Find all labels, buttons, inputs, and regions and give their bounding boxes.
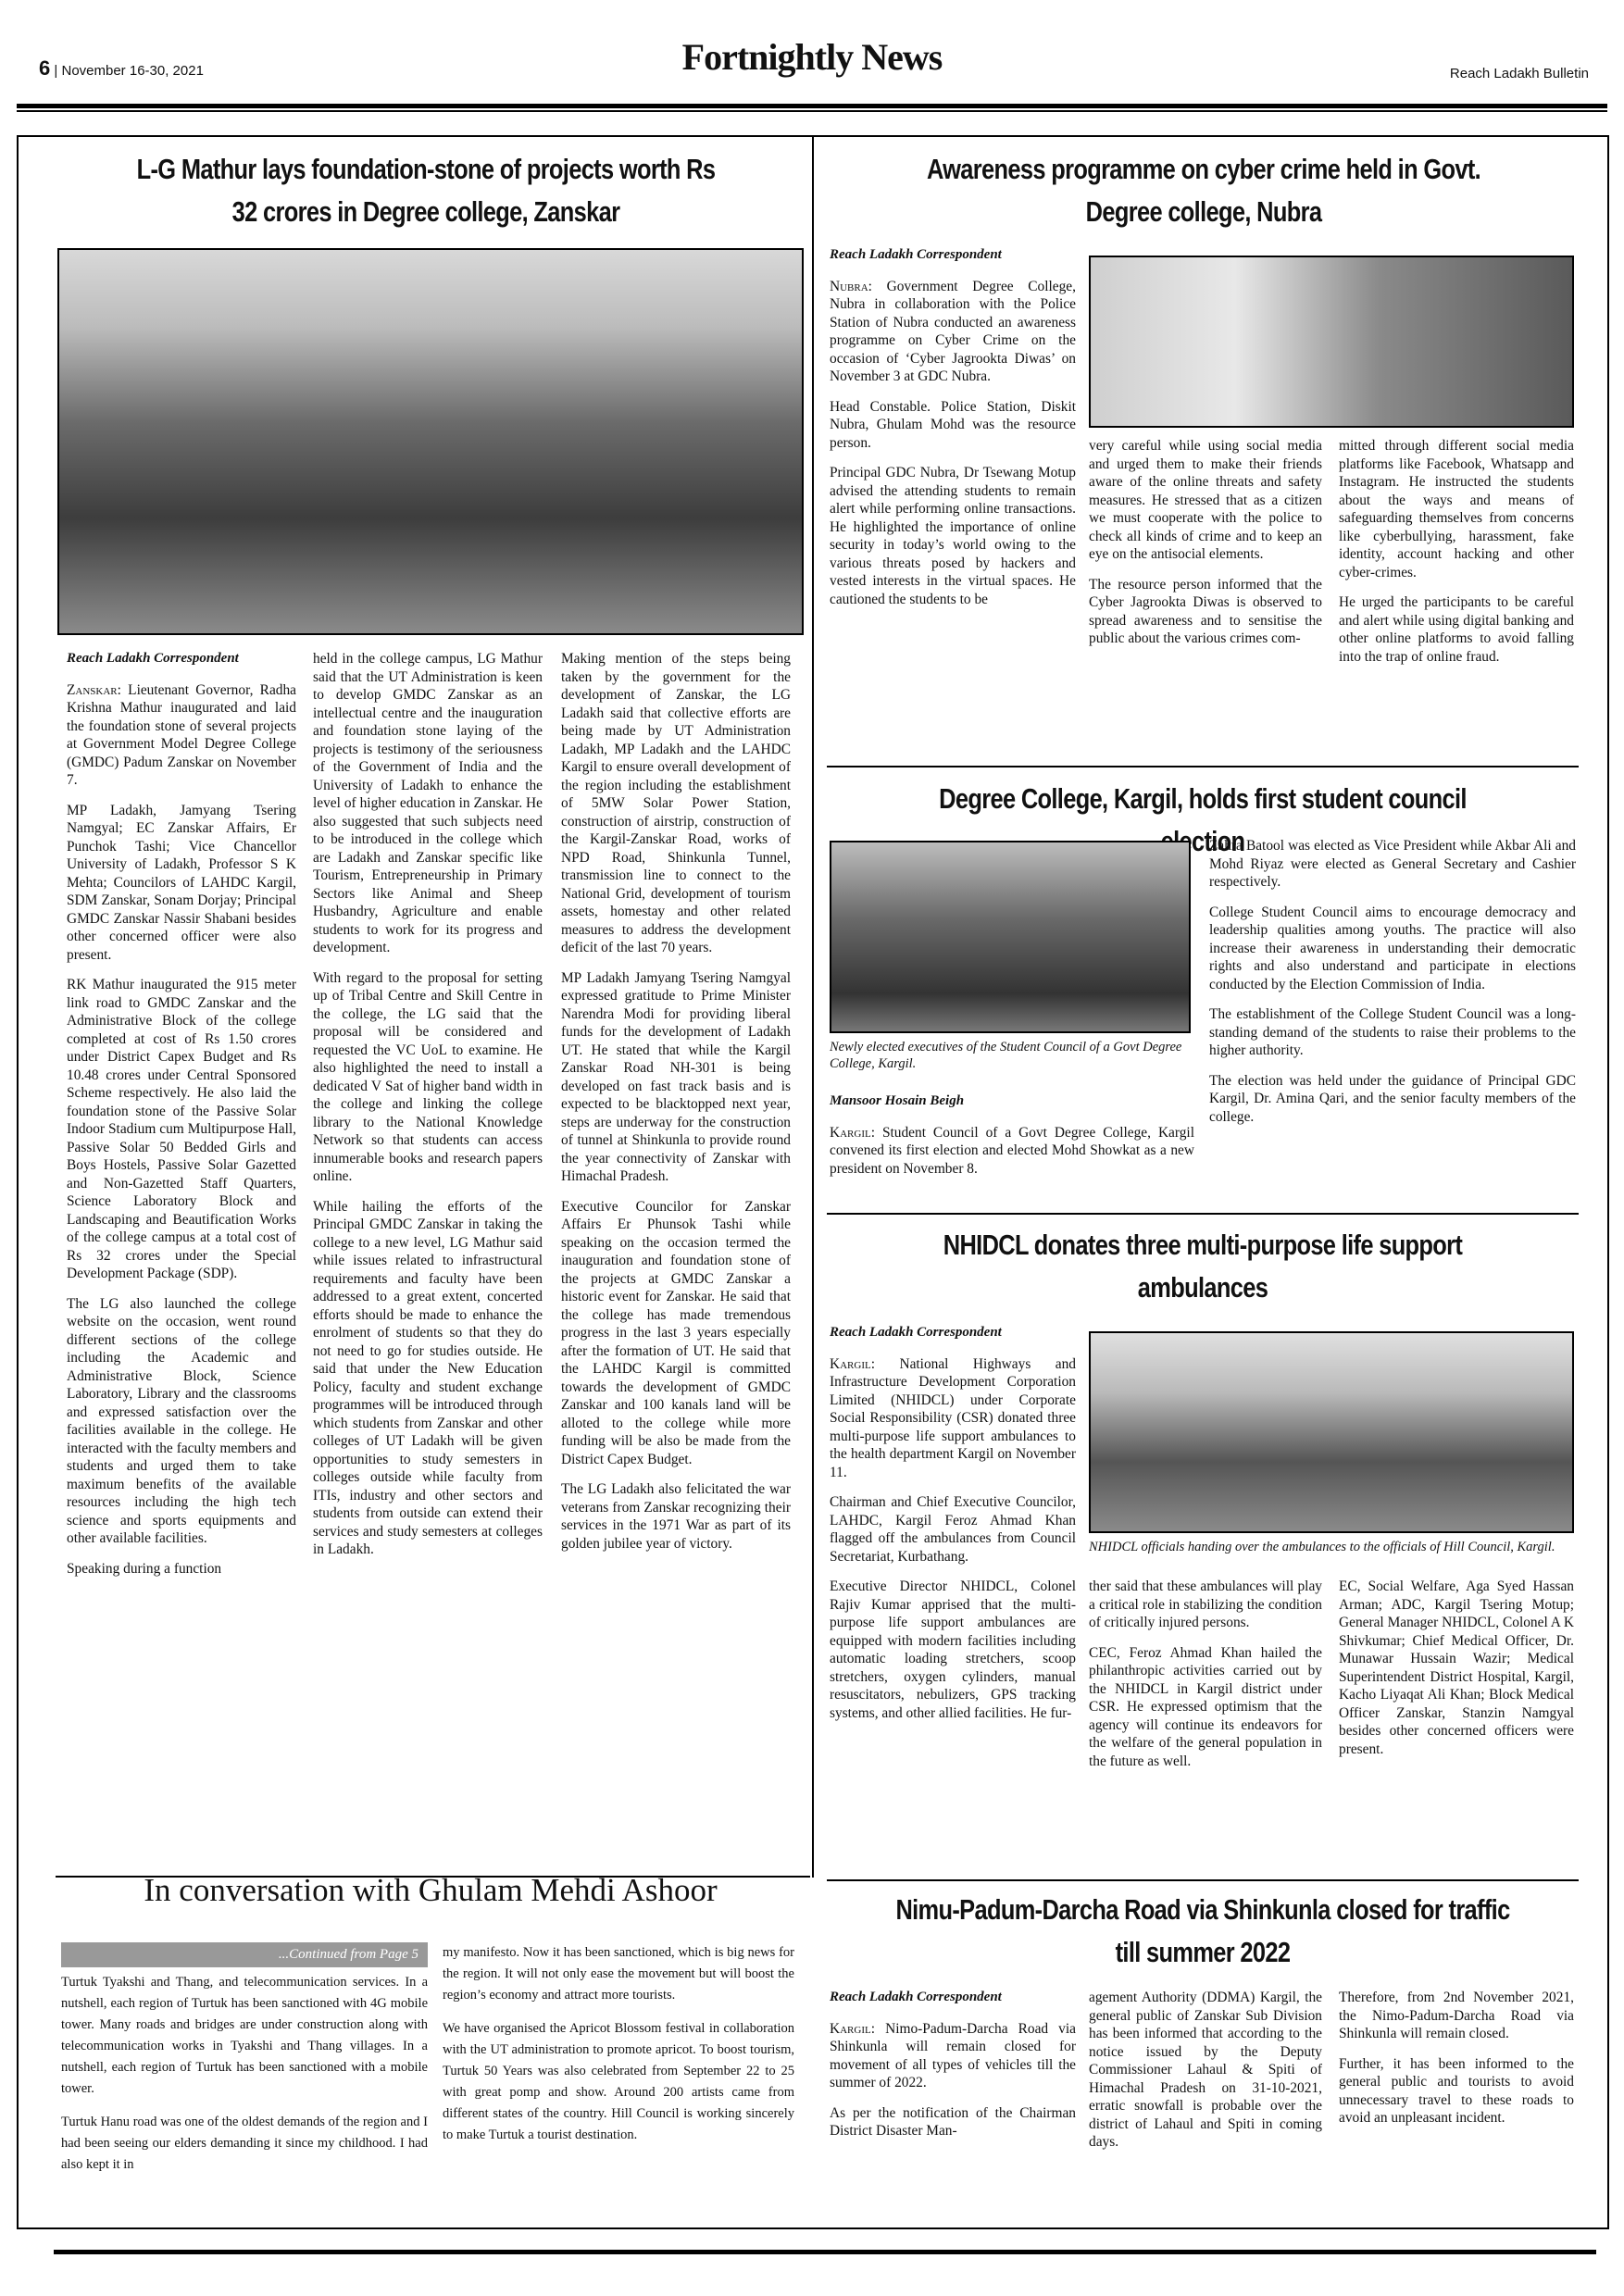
council-col-2: Zahra Batool was elected as Vice Preside… (1209, 837, 1576, 1138)
paragraph: held in the college campus, LG Mathur sa… (313, 650, 543, 957)
paragraph: Chairman and Chief Executive Councilor, … (830, 1493, 1076, 1566)
byline: Reach Ladakh Correspondent (830, 1989, 1076, 2007)
nhidcl-col-3: EC, Social Welfare, Aga Syed Hassan Arma… (1339, 1578, 1574, 1770)
dateline: Zanskar: (67, 682, 121, 698)
paragraph: Student Council of a Govt Degree College… (830, 1125, 1194, 1177)
header-rule-thin (17, 110, 1607, 112)
headline-zanskar: L-G Mathur lays foundation-stone of proj… (122, 148, 730, 233)
byline: Reach Ladakh Correspondent (830, 1324, 1076, 1342)
byline: Reach Ladakh Correspondent (67, 650, 296, 668)
paragraph: The resource person informed that the Cy… (1089, 576, 1322, 648)
paragraph: agement Authority (DDMA) Kargil, the gen… (1089, 1989, 1322, 2152)
photo-classroom (1089, 256, 1574, 428)
paragraph: RK Mathur inaugurated the 915 meter link… (67, 976, 296, 1283)
cyber-col-2: very careful while using social media an… (1089, 437, 1322, 660)
dateline: Kargil: (830, 1125, 875, 1141)
photo-ambulance-handover (1089, 1331, 1574, 1533)
paragraph: The establishment of the College Student… (1209, 1005, 1576, 1060)
column-divider (812, 137, 814, 1878)
paragraph: ther said that these ambulances will pla… (1089, 1578, 1322, 1632)
paragraph: very careful while using social media an… (1089, 437, 1322, 564)
headline-conversation: In conversation with Ghulam Mehdi Ashoor (56, 1881, 806, 1900)
paragraph: EC, Social Welfare, Aga Syed Hassan Arma… (1339, 1578, 1574, 1758)
paragraph: Executive Councilor for Zanskar Affairs … (561, 1198, 791, 1469)
section-rule (827, 1213, 1579, 1215)
paragraph: National Highways and Infrastructure Dev… (830, 1356, 1076, 1480)
byline: Reach Ladakh Correspondent (830, 246, 1076, 265)
paragraph: Turtuk Hanu road was one of the oldest d… (61, 2112, 428, 2176)
nhidcl-col-2: ther said that these ambulances will pla… (1089, 1578, 1322, 1782)
paragraph: Speaking during a function (67, 1560, 296, 1578)
paragraph: Turtuk Tyakshi and Thang, and telecommun… (61, 1972, 428, 2100)
page-header: 6 | November 16-30, 2021 Fortnightly New… (0, 0, 1624, 111)
paragraph: Head Constable. Police Station, Diskit N… (830, 398, 1076, 453)
header-rule (17, 104, 1607, 108)
cyber-col-3: mitted through different social media pl… (1339, 437, 1574, 678)
zanskar-col-3: Making mention of the steps being taken … (561, 650, 791, 1565)
paragraph: MP Ladakh Jamyang Tsering Namgyal expres… (561, 969, 791, 1186)
paragraph: We have organised the Apricot Blossom fe… (443, 2018, 794, 2146)
paragraph: He urged the participants to be careful … (1339, 593, 1574, 666)
section-rule (827, 1879, 1579, 1881)
nhidcl-col-1: Reach Ladakh Correspondent Kargil: Natio… (830, 1324, 1076, 1734)
paragraph: With regard to the proposal for setting … (313, 969, 543, 1186)
zanskar-col-1: Reach Ladakh Correspondent Zanskar: Lieu… (67, 650, 296, 1590)
continued-banner: ...Continued from Page 5 (61, 1942, 428, 1967)
paragraph: CEC, Feroz Ahmad Khan hailed the philant… (1089, 1644, 1322, 1771)
paragraph: mitted through different social media pl… (1339, 437, 1574, 581)
paragraph: Further, it has been informed to the gen… (1339, 2055, 1574, 2128)
paragraph: MP Ladakh, Jamyang Tsering Namgyal; EC Z… (67, 802, 296, 965)
paragraph: Executive Director NHIDCL, Colonel Rajiv… (830, 1578, 1076, 1722)
paragraph: my manifesto. Now it has been sanctioned… (443, 1942, 794, 2006)
dateline: Kargil: (830, 2021, 875, 2037)
footer-rule (54, 2250, 1596, 2254)
conversation-col-2: my manifesto. Now it has been sanctioned… (443, 1942, 794, 2158)
dateline: Nubra: (830, 279, 872, 294)
council-col-1: Mansoor Hosain Beigh Kargil: Student Cou… (830, 1092, 1194, 1190)
paragraph: Therefore, from 2nd November 2021, the N… (1339, 1989, 1574, 2043)
paragraph: Making mention of the steps being taken … (561, 650, 791, 957)
section-rule (827, 766, 1579, 767)
paragraph: Principal GDC Nubra, Dr Tsewang Motup ad… (830, 464, 1076, 608)
paragraph: Zahra Batool was elected as Vice Preside… (1209, 837, 1576, 892)
conversation-col-1: ...Continued from Page 5 Turtuk Tyakshi … (61, 1942, 428, 2188)
road-col-3: Therefore, from 2nd November 2021, the N… (1339, 1989, 1574, 2140)
publication-name: Reach Ladakh Bulletin (1450, 65, 1589, 83)
paragraph: As per the notification of the Chairman … (830, 2104, 1076, 2140)
photo-student-council (830, 841, 1191, 1033)
headline-nhidcl: NHIDCL donates three multi-purpose life … (894, 1224, 1511, 1309)
road-col-2: agement Authority (DDMA) Kargil, the gen… (1089, 1989, 1322, 2164)
paragraph: The LG also launched the college website… (67, 1295, 296, 1548)
photo-caption: Newly elected executives of the Student … (830, 1039, 1194, 1072)
photo-ribbon-cutting (57, 248, 804, 635)
paragraph: College Student Council aims to encourag… (1209, 904, 1576, 994)
byline: Mansoor Hosain Beigh (830, 1092, 1194, 1111)
masthead: Fortnightly News (0, 48, 1624, 67)
cyber-col-1: Reach Ladakh Correspondent Nubra: Govern… (830, 246, 1076, 620)
paragraph: While hailing the efforts of the Princip… (313, 1198, 543, 1559)
zanskar-col-2: held in the college campus, LG Mathur sa… (313, 650, 543, 1571)
road-col-1: Reach Ladakh Correspondent Kargil: Nimo-… (830, 1989, 1076, 2152)
headline-cyber: Awareness programme on cyber crime held … (900, 148, 1507, 233)
paragraph: The election was held under the guidance… (1209, 1072, 1576, 1127)
photo-caption: NHIDCL officials handing over the ambula… (1089, 1539, 1574, 1555)
headline-road: Nimu-Padum-Darcha Road via Shinkunla clo… (894, 1889, 1511, 1974)
dateline: Kargil: (830, 1356, 875, 1372)
paragraph: The LG Ladakh also felicitated the war v… (561, 1480, 791, 1553)
